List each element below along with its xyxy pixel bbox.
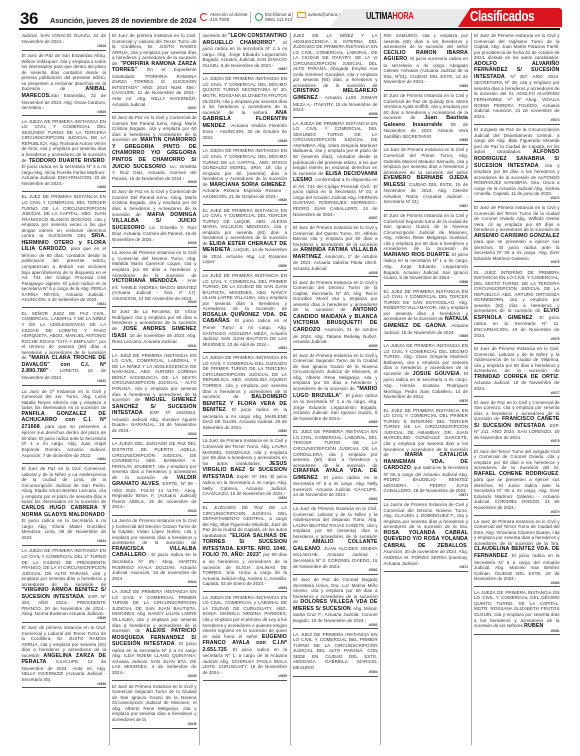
legal-notice: El Juez de Paz en lo Civil y Comercial d… <box>474 400 560 446</box>
notice-text-end: para que se presenten a ejercer sus dere… <box>474 239 560 261</box>
column-6: El Juez de Primera Instancia en lo Civil… <box>472 33 563 745</box>
contact-phone-value: 415 7000 <box>210 17 229 22</box>
legal-notice: El Juez de Primera Instancia en lo Civil… <box>474 205 560 267</box>
legal-notice: El Juez de La Recoleta, Dr. Víctor Rodrí… <box>112 309 197 350</box>
notice-text: EL JUEZ INTERINO DE PRIMERA INSTANCIA EN… <box>474 270 560 314</box>
notice-text: LA JUEZ DE PRIMERA INSTANCIA EN LO CIVIL… <box>293 632 378 670</box>
legal-notice: El Juez de Primera Instancia en lo Civil… <box>384 213 469 286</box>
notice-ref: #0867 <box>384 205 469 209</box>
legal-notice: El Juez de Primera Instancia en lo Civil… <box>112 684 197 729</box>
legal-notice: La Juez de 1ª Instancia en lo Civil y Co… <box>22 389 107 464</box>
notice-name: VICTORIANA MENDOZA <box>112 278 177 284</box>
notice-ref: #0876 <box>474 338 560 342</box>
notice-name: RAFAEL COHENE RODRIGUEZ <box>474 471 558 477</box>
notice-ref: #0881 <box>474 630 560 634</box>
notice-text-end: . En el Expediente Caratulado: "PORFIRIA… <box>112 67 197 106</box>
notice-text: El Juez de Primera Instancia en lo Civil… <box>112 684 197 722</box>
notice-ref: #0873 <box>474 119 560 123</box>
legal-notice: La Juez de Primera Instancia en lo Civil… <box>384 147 469 210</box>
notice-text: El Juez de Paz en lo Civil, Comercial, L… <box>22 466 107 504</box>
notice-ref: #0868 <box>384 281 469 285</box>
notice-ref: #0841 <box>112 345 197 349</box>
legal-notice: El Juez de Primera Instancia en lo Civil… <box>474 346 560 397</box>
notice-ref: #0851 <box>203 347 288 351</box>
notice-name: RUBEN <box>524 623 543 629</box>
legal-notice: LA JUEZA DE PRIMERA INSTANCIA EN LO CIVI… <box>384 343 469 405</box>
legal-notice: El Juez de Paz de San Estanislao Abog. W… <box>22 53 107 116</box>
notice-ref: #0845 <box>112 675 197 679</box>
notice-ref: #0858 <box>293 272 378 276</box>
header-rule <box>19 28 560 30</box>
notice-text: sucesión de <box>203 33 227 38</box>
notice-ref: #0842 <box>112 433 197 437</box>
notice-text: El Juez de Primera Instancia en lo Civil… <box>384 213 469 251</box>
column-5: RIO SAMUDIO, cita y emplaza por sesenta … <box>381 33 472 745</box>
notice-text-end: . Nº 357, AÑO: 2024. SECRETARÍA Nº 39, c… <box>474 74 560 119</box>
notice-text: EL JUEZ DE PRIMERA INSTANCIA EN LO CIVIL… <box>384 408 469 457</box>
column-1: Judicial. SAN IGNACIO GUAZU, 22 de Novie… <box>19 33 110 745</box>
notice-ref: #0838 <box>112 181 197 185</box>
legal-notice: El Juzgado de Paz de la Circunscripción … <box>474 127 560 202</box>
legal-notice: La Jueza de Primera Instancia en lo Civi… <box>112 250 197 307</box>
notice-text: JUEZ DE LA NIÑEZ Y LA ADOLESCENCIA E INT… <box>293 33 378 88</box>
notice-ref: #0856 <box>293 113 378 117</box>
page-header: 36 Asunción, jueves 28 de noviembre de 2… <box>0 0 580 30</box>
notice-name: MARIANO RIOS DUARTE <box>384 252 450 258</box>
notice-ref: #0865 <box>384 85 469 89</box>
legal-notice: LA JUEZA DE PRIMERA INSTANCIA EN LO CIVI… <box>203 355 288 436</box>
notice-text: LA JUEZ DE PRIMERA INSTANCIA EN LO CIVIL… <box>203 273 288 311</box>
legal-notice: El Juez de primera instancia en lo Civil… <box>112 33 197 113</box>
legal-notice: El Juez de Primera Instancia en lo Civil… <box>293 225 378 277</box>
legal-notice: EL JUEZ DE PRIMERA INSTANCIA EN LO CIVIL… <box>203 208 288 271</box>
legal-notice: LA JUEZA DE PRIMERA INSTANCIA EN LO CIVI… <box>203 76 288 146</box>
notice-ref: #0866 <box>384 139 469 143</box>
notice-ref: #0836 <box>22 683 107 687</box>
notice-ref: #0852 <box>203 430 288 434</box>
legal-notice: EL JUEZ DE PRIMERA INSTANCIA EN LO CIVIL… <box>293 429 378 503</box>
notice-ref: #0871 <box>384 494 469 498</box>
classified-columns: Judicial. SAN IGNACIO GUAZU, 22 de Novie… <box>19 33 562 745</box>
legal-notice: LA JUEZ DE PRIMERA INSTANCIA EN LO CIVIL… <box>293 632 378 677</box>
notice-text: LA JUEZA DE PRIMERA INSTANCIA EN LO CIVI… <box>293 121 378 176</box>
notice-text: La Jueza de Primera Instancia en lo Civi… <box>112 250 197 277</box>
notice-ref: #0839 <box>112 242 197 246</box>
legal-notice: LA JUEZA DE PRIMERA INSTANCIA EN LO CIVI… <box>203 148 288 205</box>
notice-ref: #0843 <box>112 510 197 514</box>
legal-notice: LA JUEZA DE PRIMERA INSTANCIA EN LO CIVI… <box>474 590 560 635</box>
notice-text-end: , para que se presenten a ejercer sus de… <box>474 471 560 510</box>
notice-ref: #0854 <box>203 587 288 591</box>
notice-text: La Jueza de Primera Instancia de Civil y… <box>384 502 469 529</box>
contact-phone: Atención al cliente:415 7000 <box>200 12 249 23</box>
notice-ref: #0859 <box>293 345 378 349</box>
notice-ref: #0844 <box>112 581 197 585</box>
notice-text-end: , para que en el término de 60 días, con… <box>22 246 107 302</box>
notice-text: LA JUEZA DE PRIMERA INSTANCIA EN LO CIVI… <box>474 590 560 628</box>
legal-notice: La Juez de Primera Instancia en lo Civil… <box>474 519 560 588</box>
contact-whatsapp: Escríbinos al0981 111 013 <box>250 12 292 23</box>
notice-ref: #0850 <box>203 265 288 269</box>
legal-notice: JUEZ DE LA NIÑEZ Y LA ADOLESCENCIA E INT… <box>293 33 378 118</box>
notice-ref: #0834 <box>22 540 107 544</box>
legal-notice: EL JUZGADO DE PAZ DE LA CIRCUNSCRIPCION … <box>203 505 288 592</box>
notice-ref: #0832 <box>22 380 107 384</box>
notice-ref: #0831 <box>22 303 107 307</box>
notice-ref: #0828 <box>22 45 107 49</box>
notice-text: LA JUEZA DE PRIMERA INSTANCIA EN LO CIVI… <box>22 119 107 163</box>
notice-text: Judicial. SAN IGNACIO GUAZU, 22 de Novie… <box>22 33 107 44</box>
legal-notice: El Juez de primera instancia en lo Civil… <box>22 625 107 688</box>
notice-text: EL JUEZ DE PRIMERA INSTANCIA EN LO CIVIL… <box>22 194 107 238</box>
notice-ref: #0837 <box>112 107 197 111</box>
notice-ref: #0864 <box>293 671 378 675</box>
newspaper-logo: ULTIMAHORA <box>366 11 414 22</box>
legal-notice: EL JUEZ DE PRIMERA INSTANCIA EN LO CIVIL… <box>22 194 107 308</box>
legal-notice: Judicial. SAN IGNACIO GUAZU, 22 de Novie… <box>22 33 107 51</box>
legal-notice: El Juez de Paz en lo Civil, Comercial, L… <box>22 466 107 546</box>
legal-notice: EL JUEZ DE PRIMERA INSTANCIA EN LO CIVIL… <box>384 408 469 500</box>
notice-text: RIO SAMUDIO, cita y emplaza por sesenta … <box>384 33 469 49</box>
notice-ref: #0853 <box>203 497 288 501</box>
notice-ref: #0863 <box>293 624 378 628</box>
notice-name: ROSA YOLANDA CABRAL QUEVEDO Y/O ROSA YOL… <box>384 530 469 549</box>
legal-notice: LA JUEZ DE PRIMERA INSTANCIA EN LO CIVIL… <box>112 589 197 681</box>
notice-text: EL SEÑOR JUEZ DE PAZ CIVIL, COMERCIAL, L… <box>22 311 107 360</box>
legal-notice: LA JUEZA DE PRIMERA INSTANCIA EN LO CIVI… <box>22 548 107 622</box>
notice-ref: #0855 <box>203 675 288 679</box>
legal-notice: EL SEÑOR JUEZ DE PAZ CIVIL, COMERCIAL, L… <box>22 311 107 386</box>
notice-text: LA JUEZA DE PRIMERA INSTANCIA EN LO CIVI… <box>203 595 288 639</box>
legal-notice: LA JUEZA DE PRIMERA INSTANCIA EN LO CIVI… <box>203 595 288 681</box>
legal-notice: La Juez de Primera Instancia en lo Civil… <box>293 506 378 575</box>
notice-ref: #0829 <box>22 111 107 115</box>
legal-notice: LA JUEZA DE PRIMERA INSTANCIA EN LO CIVI… <box>22 119 107 192</box>
legal-notice: RIO SAMUDIO, cita y emplaza por sesenta … <box>384 33 469 91</box>
legal-notice: LA JUEZ DE PRIMERA INSTANCIA EN LO CIVIL… <box>203 273 288 353</box>
contact-phone-label: Atención al cliente: <box>210 12 249 17</box>
column-3: sucesión de "LEON CONSTANTINO ARGUELLO C… <box>200 33 291 745</box>
legal-notice: LA JUEZA DEL JUZGADO DE PAZ DEL DISTRITO… <box>112 441 197 515</box>
legal-notice: El Juez del Tercer Turno del Juzgado Civ… <box>474 449 560 517</box>
legal-notice: El Juez de Primera Instancia en lo Civil… <box>474 33 560 125</box>
legal-notice: LA JUEZA DE PRIMERA INSTANCIA EN LO CIVI… <box>293 121 378 223</box>
legal-notice: El Juez de Paz en lo Civil y Comercial d… <box>112 115 197 187</box>
notice-ref: #0872 <box>384 566 469 570</box>
legal-notice: LA JUEZ DE PRIMERA INSTANCIA EN LO CIVIL… <box>112 353 197 439</box>
legal-notice: La Juez de Primera Instancia en lo Civil… <box>203 438 288 502</box>
notice-text: El Juez del Tercer Turno del Juzgado Civ… <box>474 449 560 471</box>
notice-text: El Juez de Primera Instancia en lo Civil… <box>474 205 560 232</box>
notice-name: CARLOS HUGO CABRERA Y NORMA GLADYS MALDO… <box>22 505 107 518</box>
notice-text: La Juez de Primera Instancia en lo Civil… <box>474 519 560 546</box>
legal-notice: EL JUEZ INTERINO DE PRIMERA INSTANCIA EN… <box>474 270 560 344</box>
notice-ref: #0870 <box>384 400 469 404</box>
section-title: Clasificados <box>470 8 534 25</box>
notice-ref: #0875 <box>474 261 560 265</box>
legal-notice: El Juez de Paz en lo Civil y Comercial d… <box>112 189 197 248</box>
notice-ref: #0857 <box>293 217 378 221</box>
notice-ref: #0869 <box>384 335 469 339</box>
notice-text: El Juez de Primera Instancia en lo Civil… <box>474 33 560 60</box>
legal-notice: El Juez de Primera Instancia en lo Civil… <box>293 353 378 427</box>
notice-ref: #0879 <box>474 511 560 515</box>
notice-text: LA JUEZ DE PRIMERA INSTANCIA EN LO CIVIL… <box>112 353 197 402</box>
notice-ref: #0835 <box>22 617 107 621</box>
notice-ref: #0830 <box>22 186 107 190</box>
notice-ref: #0849 <box>203 199 288 203</box>
contact-whatsapp-label: Escríbinos al <box>265 12 291 17</box>
date-line: Asunción, jueves 28 de noviembre de 2024 <box>50 16 196 25</box>
notice-name: TRINIDAD CORREA DE ORTIZ <box>474 374 558 380</box>
notice-ref: #0874 <box>474 197 560 201</box>
legal-notice: La Jueza de Primera Instancia en lo Civi… <box>112 518 197 587</box>
notice-text: LA JUEZA DE PRIMERA INSTANCIA EN LO CIVI… <box>22 548 107 586</box>
notice-ref: #0833 <box>22 458 107 462</box>
notice-ref: #0861 <box>293 498 378 502</box>
whatsapp-icon <box>255 13 263 21</box>
notice-ref: #0860 <box>293 421 378 425</box>
notice-text: LA JUEZA DE PRIMERA INSTANCIA EN LO CIVI… <box>203 355 288 399</box>
phone-icon <box>200 13 208 21</box>
legal-notice: sucesión de "LEON CONSTANTINO ARGUELLO C… <box>203 33 288 74</box>
notice-name: TEODORO DUARTE RIVERO <box>29 158 105 164</box>
notice-ref: #0848 <box>203 140 288 144</box>
notice-name: ARSENIO CARISIMO GONZALEZ <box>474 233 560 239</box>
column-4: JUEZ DE LA NIÑEZ Y LA ADOLESCENCIA E INT… <box>291 33 382 745</box>
notice-name: MARCIANA SORIA GIMENEZ <box>210 182 286 188</box>
notice-text: El Juez de Primera Instancia en lo Civil… <box>474 346 560 373</box>
notice-ref: #0878 <box>474 440 560 444</box>
notice-ref: #0846 <box>112 723 197 727</box>
contact-whatsapp-value: 0981 111 013 <box>265 17 292 22</box>
column-2: El Juez de primera instancia en lo Civil… <box>110 33 201 745</box>
notice-ref: #0877 <box>474 392 560 396</box>
notice-ref: #0847 <box>203 68 288 72</box>
legal-notice: La Jueza de Primera Instancia de Civil y… <box>384 502 469 572</box>
page-number: 36 <box>20 9 38 29</box>
mail-icon <box>297 12 306 18</box>
legal-notice: EL JUEZ DE PRIMERA INSTANCIA EN LO CIVIL… <box>384 289 469 341</box>
notice-text: LA JUEZ DE PRIMERA INSTANCIA EN LO CIVIL… <box>112 589 197 633</box>
legal-notice: El Juez de Paz de Coronel Bogado Secreta… <box>293 577 378 629</box>
notice-text: La Juez de Primera Instancia en lo Civil… <box>384 147 469 174</box>
notice-ref: #0880 <box>474 582 560 586</box>
notice-ref: #0862 <box>293 569 378 573</box>
notice-ref: #0840 <box>112 301 197 305</box>
notice-name: JOSUE GOUVEIA <box>413 371 460 377</box>
notice-text: La Juez de 1ª Instancia en lo Civil y Co… <box>22 389 107 411</box>
notice-text-end: , conformidad a lo dispuesto en el Art. … <box>293 177 378 216</box>
legal-notice: El Juez de Primera Instancia en lo Civil… <box>384 93 469 145</box>
legal-notice: El Juez de Primera Instancia en lo Civil… <box>293 280 378 351</box>
notice-text: EL JUEZ DE PRIMERA INSTANCIA EN LO CIVIL… <box>293 429 378 467</box>
notice-text: La Jueza de Primera Instancia en lo Civi… <box>112 518 197 545</box>
